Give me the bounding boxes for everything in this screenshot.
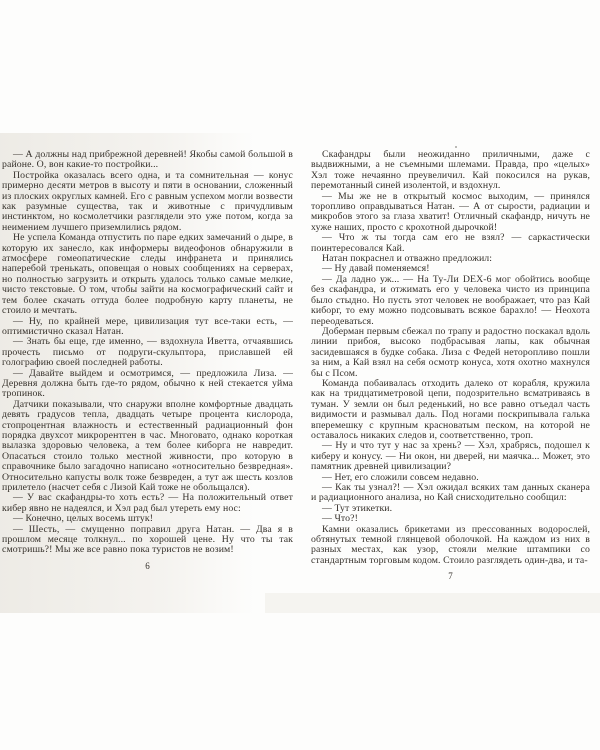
page-number-right: 7: [311, 571, 590, 581]
paragraph: Камни оказались брикетами из прессованны…: [311, 525, 590, 567]
paragraph: — А должны над прибрежной деревней! Якоб…: [2, 150, 293, 171]
paragraph: Скафандры были неожиданно приличными, да…: [311, 150, 590, 192]
paragraph: — Давайте выйдем и осмотримся, — предлож…: [2, 369, 293, 400]
page-number-left: 6: [2, 561, 293, 571]
paragraph: Датчики показывали, что снаружи вполне к…: [2, 400, 293, 494]
paragraph: — Ну и что тут у нас за хрень? — Хэл, хр…: [311, 441, 590, 472]
paragraph: — У вас скафандры-то хоть есть? — На пол…: [2, 493, 293, 514]
scan-shade-bottom-right: [265, 593, 600, 613]
paragraph: — Мы же не в открытый космос выходим, — …: [311, 192, 590, 234]
page-right: Скафандры были неожиданно приличными, да…: [311, 150, 590, 581]
paragraph: — Ну, по крайней мере, цивилизация тут в…: [2, 317, 293, 338]
paragraph: Не успела Команда отпустить по паре едки…: [2, 233, 293, 316]
book-spread-scan: — А должны над прибрежной деревней! Якоб…: [0, 0, 600, 750]
paragraph: — Да ладно уж... — На Ту-Ли DEX-6 мог об…: [311, 275, 590, 327]
page-left-text: — А должны над прибрежной деревней! Якоб…: [2, 150, 293, 556]
paragraph: Команда побаивалась отходить далеко от к…: [311, 379, 590, 441]
paragraph: — Шесть, — смущенно поправил друга Натан…: [2, 525, 293, 556]
paragraph: Доберман первым сбежал по трапу и радост…: [311, 327, 590, 379]
paragraph: Постройка оказалась всего одна, и та сом…: [2, 171, 293, 233]
paragraph: — Что ж ты тогда сам его не взял? — сарк…: [311, 233, 590, 254]
page-right-text: Скафандры были неожиданно приличными, да…: [311, 150, 590, 566]
ink-speck: [455, 146, 457, 148]
paragraph: — Как ты узнал?! — Хэл ожидал всяких там…: [311, 483, 590, 504]
page-left: — А должны над прибрежной деревней! Якоб…: [2, 150, 293, 571]
paragraph: — Знать бы еще, где именно, — вздохнула …: [2, 337, 293, 368]
